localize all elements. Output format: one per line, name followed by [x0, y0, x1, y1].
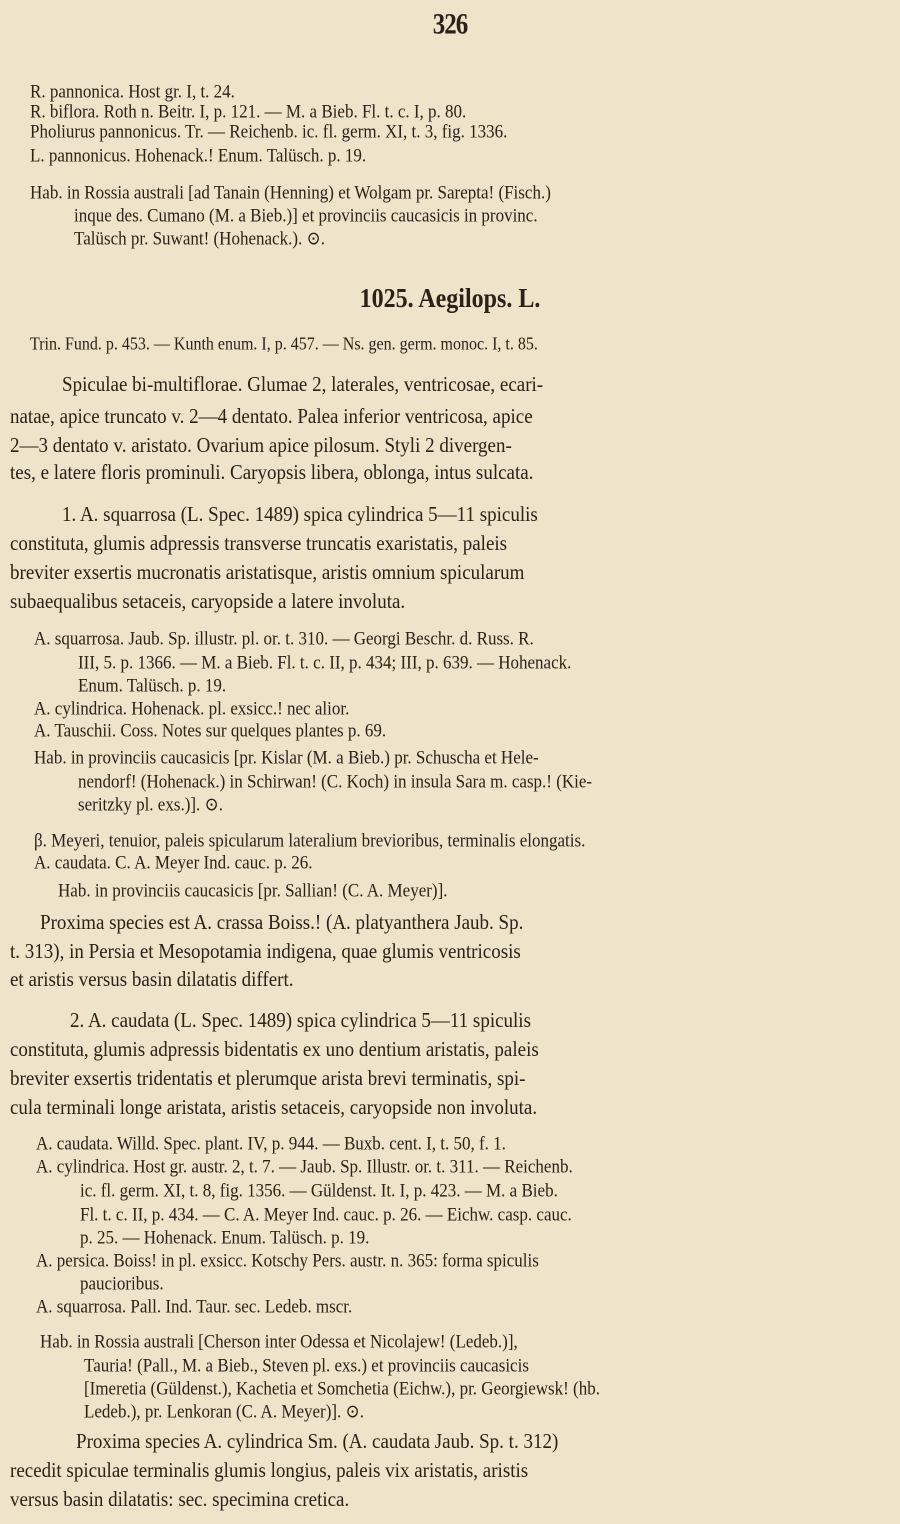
variety-line: A. caudata. C. A. Meyer Ind. cauc. p. 26…: [34, 853, 313, 872]
habitat-line: [Imeretia (Güldenst.), Kachetia et Somch…: [84, 1379, 600, 1398]
species-diagnosis-line: constituta, glumis adpressis bidentatis …: [10, 1039, 539, 1060]
species-diagnosis-line: breviter exsertis tridentatis et plerumq…: [10, 1068, 525, 1089]
habitat-line: Talüsch pr. Suwant! (Hohenack.). ⊙.: [74, 229, 325, 248]
book-page: 326 R. pannonica. Host gr. I, t. 24. R. …: [0, 0, 900, 1524]
synonym-line: A. cylindrica. Hohenack. pl. exsicc.! ne…: [34, 699, 349, 718]
note-line: Proxima species est A. crassa Boiss.! (A…: [40, 912, 523, 933]
note-line: et aristis versus basin dilatatis differ…: [10, 969, 294, 990]
variety-line: β. Meyeri, tenuior, paleis spicularum la…: [34, 831, 585, 850]
note-line: versus basin dilatatis: sec. specimina c…: [10, 1489, 349, 1510]
note-line: recedit spiculae terminalis glumis longi…: [10, 1460, 528, 1481]
synonym-line: A. Tauschii. Coss. Notes sur quelques pl…: [34, 721, 386, 740]
synonym-line: paucioribus.: [80, 1274, 164, 1293]
genus-description-line: natae, apice truncato v. 2—4 dentato. Pa…: [10, 406, 533, 427]
genus-description-line: tes, e latere floris prominuli. Caryopsi…: [10, 462, 533, 483]
note-line: Proxima species A. cylindrica Sm. (A. ca…: [76, 1431, 558, 1452]
synonym-line: p. 25. — Hohenack. Enum. Talüsch. p. 19.: [80, 1228, 369, 1247]
habitat-line: Tauria! (Pall., M. a Bieb., Steven pl. e…: [84, 1356, 529, 1375]
synonym-line: Fl. t. c. II, p. 434. — C. A. Meyer Ind.…: [80, 1205, 572, 1224]
synonym-line: Pholiurus pannonicus. Tr. — Reichenb. ic…: [30, 122, 507, 141]
note-line: t. 313), in Persia et Mesopotamia indige…: [10, 941, 521, 962]
species-diagnosis-line: subaequalibus setaceis, caryopside a lat…: [10, 591, 405, 612]
habitat-line: Hab. in provinciis caucasicis [pr. Kisla…: [34, 748, 539, 767]
habitat-line: nendorf! (Hohenack.) in Schirwan! (C. Ko…: [78, 772, 592, 791]
habitat-line: Ledeb.), pr. Lenkoran (C. A. Meyer)]. ⊙.: [84, 1402, 364, 1421]
habitat-line: Hab. in Rossia australi [Cherson inter O…: [40, 1332, 518, 1351]
page-number: 326: [0, 9, 900, 39]
variety-line: Hab. in provinciis caucasicis [pr. Salli…: [58, 881, 447, 900]
synonym-line: A. caudata. Willd. Spec. plant. IV, p. 9…: [36, 1134, 506, 1153]
synonym-line: III, 5. p. 1366. — M. a Bieb. Fl. t. c. …: [78, 653, 571, 672]
habitat-line: inque des. Cumano (M. a Bieb.)] et provi…: [74, 206, 538, 225]
species-diagnosis-line: 2. A. caudata (L. Spec. 1489) spica cyli…: [70, 1010, 531, 1031]
synonym-line: Enum. Talüsch. p. 19.: [78, 676, 226, 695]
habitat-line: seritzky pl. exs.)]. ⊙.: [78, 795, 223, 814]
genus-heading: 1025. Aegilops. L.: [0, 285, 900, 313]
genus-references: Trin. Fund. p. 453. — Kunth enum. I, p. …: [30, 336, 538, 354]
synonym-line: R. biflora. Roth n. Beitr. I, p. 121. — …: [30, 102, 466, 121]
synonym-line: L. pannonicus. Hohenack.! Enum. Talüsch.…: [30, 146, 366, 165]
synonym-line: A. cylindrica. Host gr. austr. 2, t. 7. …: [36, 1157, 573, 1176]
species-diagnosis-line: 1. A. squarrosa (L. Spec. 1489) spica cy…: [62, 504, 538, 525]
synonym-line: R. pannonica. Host gr. I, t. 24.: [30, 82, 235, 101]
genus-description-line: Spiculae bi-multiflorae. Glumae 2, later…: [62, 374, 543, 395]
habitat-line: Hab. in Rossia australi [ad Tanain (Henn…: [30, 183, 551, 202]
genus-description-line: 2—3 dentato v. aristato. Ovarium apice p…: [10, 435, 512, 456]
synonym-line: A. squarrosa. Jaub. Sp. illustr. pl. or.…: [34, 629, 534, 648]
species-diagnosis-line: cula terminali longe aristata, aristis s…: [10, 1097, 537, 1118]
species-diagnosis-line: breviter exsertis mucronatis aristatisqu…: [10, 562, 524, 583]
synonym-line: A. squarrosa. Pall. Ind. Taur. sec. Lede…: [36, 1297, 352, 1316]
synonym-line: ic. fl. germ. XI, t. 8, fig. 1356. — Gül…: [80, 1181, 558, 1200]
species-diagnosis-line: constituta, glumis adpressis transverse …: [10, 533, 507, 554]
synonym-line: A. persica. Boiss! in pl. exsicc. Kotsch…: [36, 1251, 539, 1270]
